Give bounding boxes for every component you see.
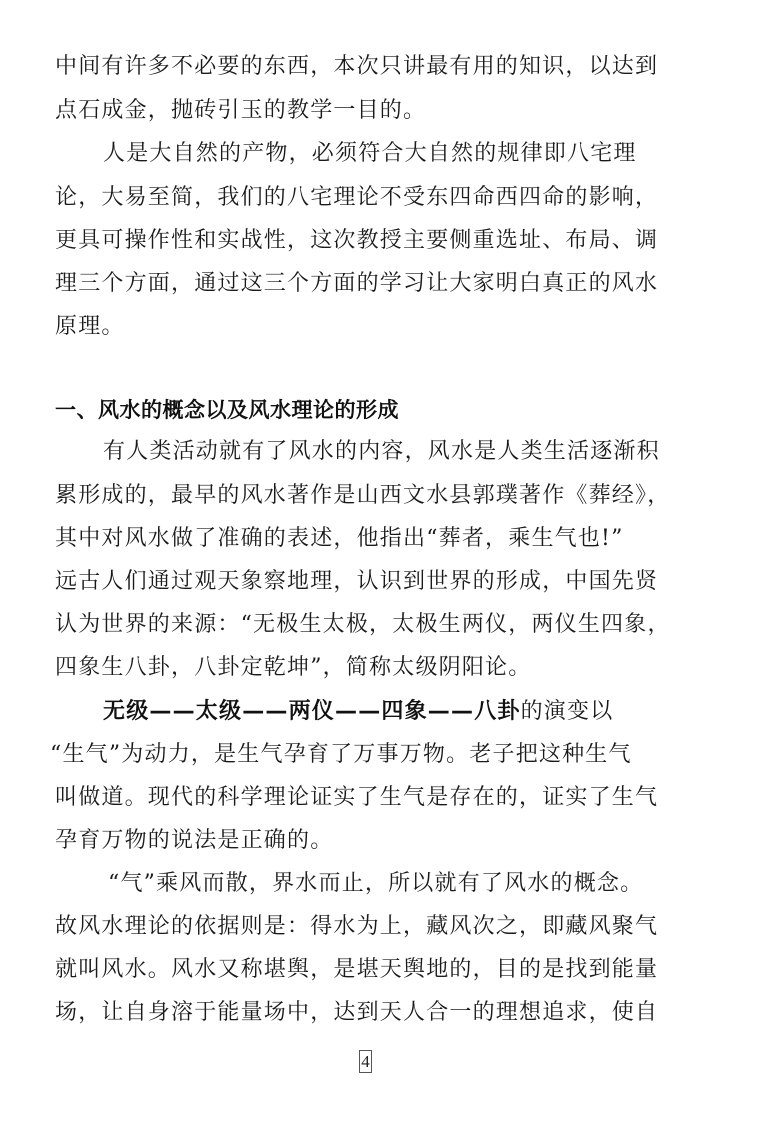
paragraph-line: 叫做道。现代的科学理论证实了生气是存在的，证实了生气 xyxy=(55,783,685,813)
paragraph-line: 其中对风水做了准确的表述，他指出“葬者，乘生气也!” xyxy=(55,524,685,554)
page-number: 4 xyxy=(359,1050,372,1073)
paragraph-line: 认为世界的来源：“无极生太极，太极生两仪，两仪生四象， xyxy=(55,610,685,640)
section-heading: 一、风水的概念以及风水理论的形成 xyxy=(55,395,685,425)
paragraph-line: “气”乘风而散，界水而止，所以就有了风水的概念。 xyxy=(108,869,738,899)
paragraph-line: 原理。 xyxy=(55,312,685,342)
paragraph-line: 论，大易至简，我们的八宅理论不受东四命西四命的影响， xyxy=(55,183,685,213)
paragraph-line: 中间有许多不必要的东西，本次只讲最有用的知识，以达到 xyxy=(55,52,685,82)
paragraph-line: 累形成的，最早的风水著作是山西文水县郭璞著作《葬经》， xyxy=(55,481,685,511)
document-page: 中间有许多不必要的东西，本次只讲最有用的知识，以达到 点石成金，抛砖引玉的教学一… xyxy=(0,0,758,1132)
paragraph-line: 场，让自身溶于能量场中，达到天人合一的理想追求，使自 xyxy=(55,998,685,1028)
paragraph-line: 远古人们通过观天象察地理，认识到世界的形成，中国先贤 xyxy=(55,567,685,597)
paragraph-line: “生气”为动力，是生气孕育了万事万物。老子把这种生气 xyxy=(50,740,680,770)
evolution-line: 无级——太级——两仪——四象——八卦的演变以 xyxy=(103,697,733,727)
paragraph-line: 就叫风水。风水又称堪舆，是堪天舆地的，目的是找到能量 xyxy=(55,955,685,985)
paragraph-line: 四象生八卦，八卦定乾坤”，简称太级阴阳论。 xyxy=(55,653,685,683)
evolution-rest: 的演变以 xyxy=(521,699,614,724)
paragraph-line: 孕育万物的说法是正确的。 xyxy=(55,826,685,856)
paragraph-line: 更具可操作性和实战性，这次教授主要侧重选址、布局、调 xyxy=(55,226,685,256)
paragraph-line: 理三个方面，通过这三个方面的学习让大家明白真正的风水 xyxy=(55,269,685,299)
paragraph-line: 故风水理论的依据则是：得水为上，藏风次之，即藏风聚气 xyxy=(55,912,685,942)
paragraph-line: 点石成金，抛砖引玉的教学一目的。 xyxy=(55,96,685,126)
evolution-sequence: 无级——太级——两仪——四象——八卦 xyxy=(103,699,521,724)
paragraph-line: 人是大自然的产物，必须符合大自然的规律即八宅理 xyxy=(103,139,733,169)
paragraph-line: 有人类活动就有了风水的内容，风水是人类生活逐渐积 xyxy=(103,437,733,467)
